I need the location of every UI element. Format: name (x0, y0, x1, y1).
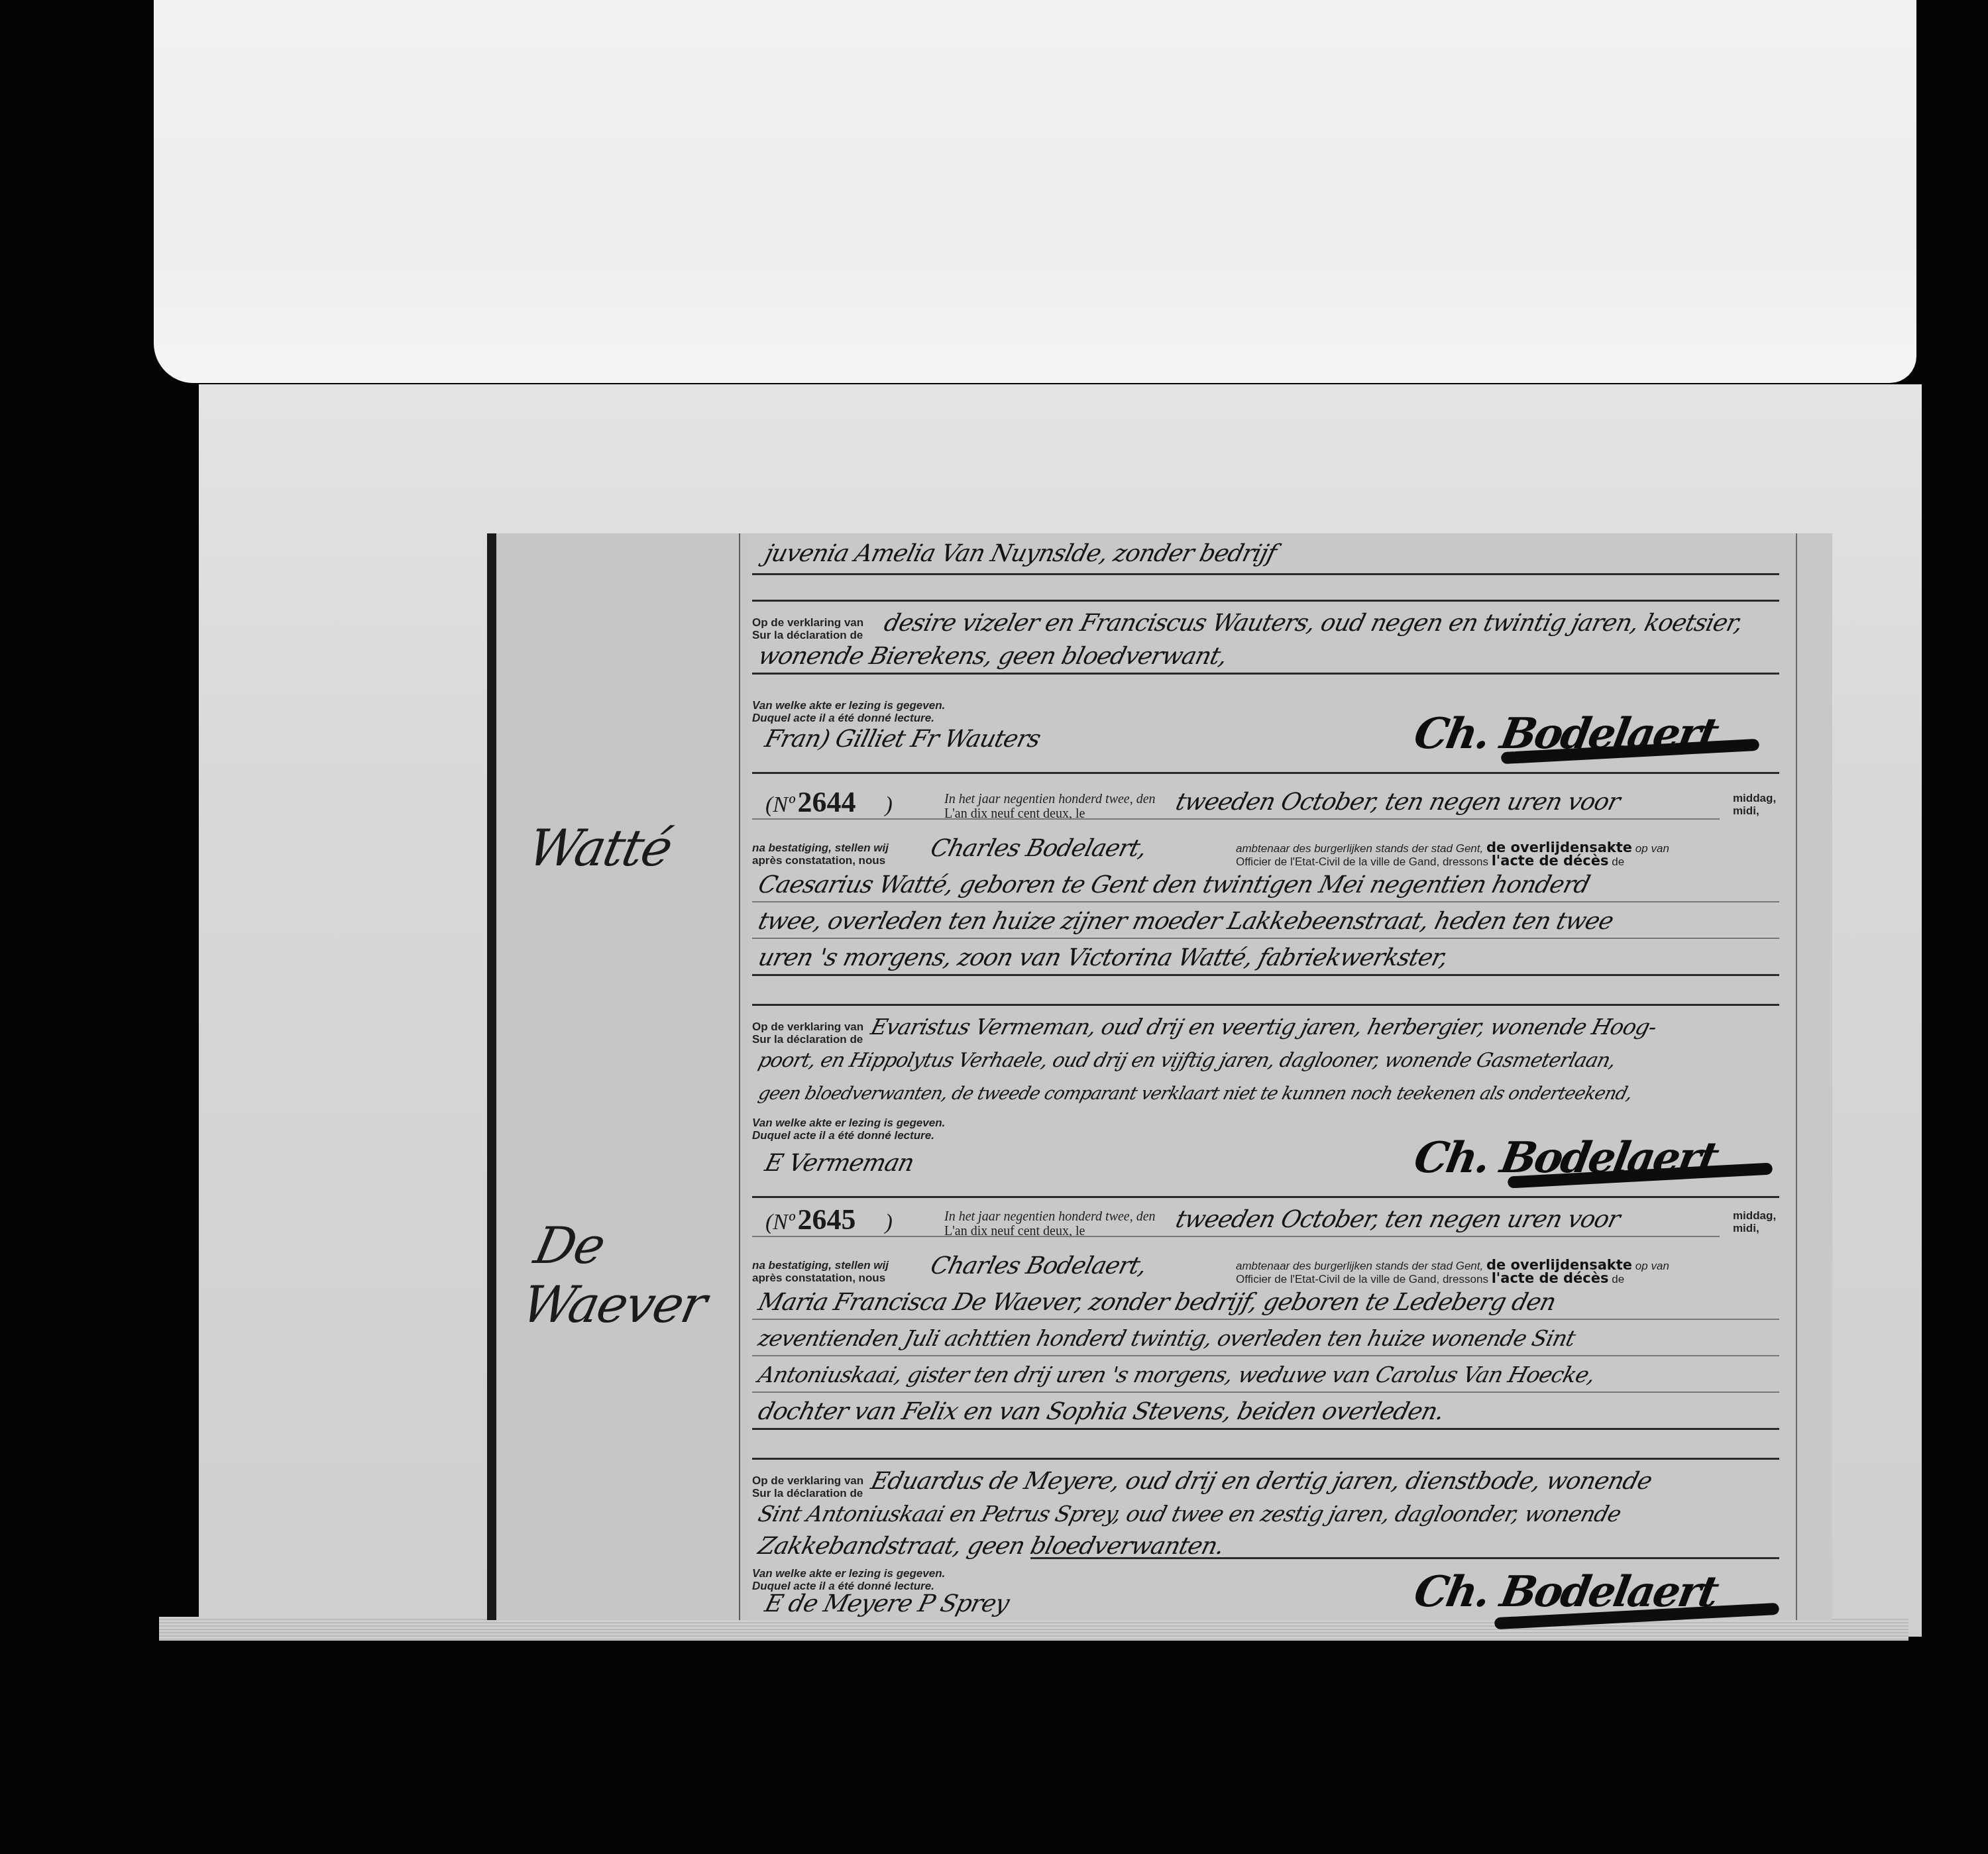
reading-label: Van welke akte er lezing is gegeven. Duq… (752, 699, 945, 724)
declaration-line: Evaristus Vermeman, oud drij en veertig … (868, 1014, 1659, 1040)
margin-divider (739, 533, 740, 1620)
witness-signatures: E Vermeman (762, 1150, 916, 1177)
official-name-handwritten: Charles Bodelaert, (928, 835, 1149, 862)
official-title: ambtenaar des burgerlijken stands der st… (1236, 1259, 1669, 1285)
rule (752, 1236, 1720, 1237)
record-number: 2644 (798, 786, 856, 818)
number-suffix: ) (885, 792, 893, 817)
body-line: Caesarius Watté, geboren te Gent den twi… (755, 871, 1592, 899)
body-line: zeventienden Juli achttien honderd twint… (755, 1325, 1578, 1351)
rule (752, 974, 1779, 976)
official-name-handwritten: Charles Bodelaert, (928, 1252, 1149, 1280)
year-label: In het jaar negentien honderd twee, den … (944, 1209, 1156, 1238)
rule (752, 1391, 1779, 1393)
middag-label: middag,midi, (1733, 792, 1776, 817)
rule (752, 818, 1720, 820)
constatation-label: na bestatiging, stellen wij après consta… (752, 1259, 889, 1284)
date-handwritten: tweeden October, ten negen uren voor (1173, 1206, 1623, 1233)
upturned-page-flap (154, 0, 1916, 383)
declaration-line: wonende Bierekens, geen bloedverwant, (755, 643, 1230, 670)
rule (752, 1319, 1779, 1320)
witness-signatures: E de Meyere P Sprey (762, 1590, 1012, 1617)
body-line: dochter van Felix en van Sophia Stevens,… (755, 1398, 1447, 1425)
body-line: Antoniuskaai, gister ten drij uren 's mo… (755, 1362, 1598, 1388)
middag-label: middag,midi, (1733, 1209, 1776, 1234)
date-handwritten: tweeden October, ten negen uren voor (1173, 789, 1623, 816)
rule (752, 901, 1779, 902)
declaration-label: Op de verklaring van Sur la déclaration … (752, 616, 863, 641)
body-line: twee, overleden ten huize zijner moeder … (755, 908, 1616, 935)
margin-name-2645: De Waever (517, 1216, 761, 1334)
declaration-line: poort, en Hippolytus Verhaele, oud drij … (756, 1049, 1618, 1072)
reading-label: Van welke akte er lezing is gegeven. Duq… (752, 1117, 945, 1142)
constatation-label: na bestatiging, stellen wij après consta… (752, 842, 889, 867)
rule (1030, 1557, 1779, 1559)
rule (752, 573, 1779, 575)
right-rule (1796, 533, 1797, 1620)
declaration-line: geen bloedverwanten, de tweede comparant… (756, 1083, 1634, 1104)
rule (752, 938, 1779, 939)
number-prefix: (Nº (765, 792, 795, 817)
declaration-line: Sint Antoniuskaai en Petrus Sprey, oud t… (755, 1501, 1624, 1527)
rule (752, 673, 1779, 675)
official-title: ambtenaar des burgerlijken stands der st… (1236, 842, 1669, 868)
rule (752, 1428, 1779, 1430)
year-label: In het jaar negentien honderd twee, den … (944, 792, 1156, 821)
margin-column: Watté De Waever (487, 533, 748, 1620)
rule (752, 772, 1779, 774)
margin-name-2644: Watté (524, 818, 677, 877)
rule (752, 1458, 1779, 1460)
declaration-label: Op de verklaring van Sur la déclaration … (752, 1474, 863, 1500)
declaration-line: desire vizeler en Franciscus Wauters, ou… (881, 610, 1745, 637)
rule (752, 1004, 1779, 1006)
rule (752, 1196, 1779, 1198)
body-line: Maria Francisca De Waever, zonder bedrij… (755, 1289, 1559, 1316)
rule (752, 600, 1779, 602)
declaration-line: Eduardus de Meyere, oud drij en dertig j… (868, 1468, 1655, 1495)
rule (752, 1355, 1779, 1356)
declaration-line: Zakkebandstraat, geen bloedverwanten. (755, 1533, 1227, 1560)
reading-label: Van welke akte er lezing is gegeven. Duq… (752, 1567, 945, 1592)
record-number: 2645 (798, 1203, 856, 1236)
declaration-label: Op de verklaring van Sur la déclaration … (752, 1020, 863, 1046)
witness-signatures: Fran) Gilliet Fr Wauters (762, 726, 1043, 753)
fragment-line: juvenia Amelia Van Nuynslde, zonder bedr… (762, 540, 1279, 567)
death-register-sheet: Watté De Waever juvenia Amelia Van Nuyns… (487, 533, 1832, 1620)
body-line: uren 's morgens, zoon van Victorina Watt… (755, 944, 1451, 971)
number-suffix: ) (885, 1210, 893, 1234)
number-prefix: (Nº (765, 1210, 795, 1234)
